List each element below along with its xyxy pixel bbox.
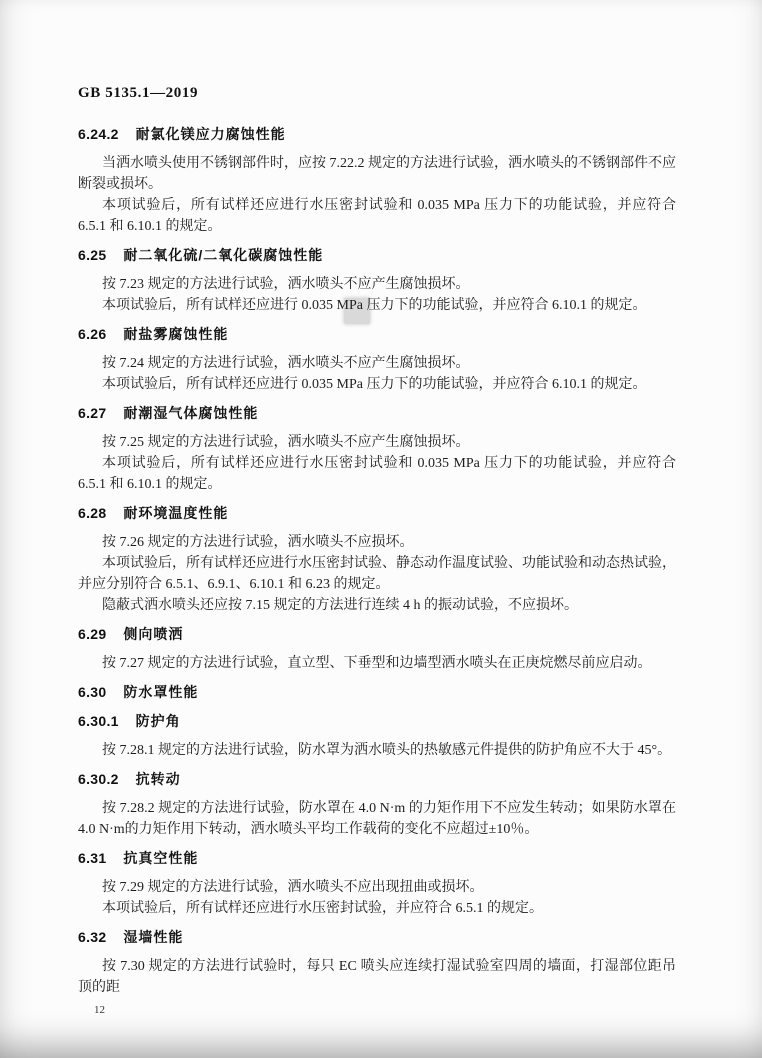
paragraph: 按 7.28.2 规定的方法进行试验，防水罩在 4.0 N·m 的力矩作用下不应…	[78, 798, 676, 840]
section-title: 防水罩性能	[123, 684, 198, 700]
section-number: 6.28	[78, 505, 106, 521]
paragraph: 本项试验后，所有试样还应进行水压密封试验、静态动作温度试验、功能试验和动态热试验…	[78, 553, 676, 595]
section-6-30-2: 6.30.2 抗转动 按 7.28.2 规定的方法进行试验，防水罩在 4.0 N…	[78, 769, 676, 840]
paragraph: 按 7.25 规定的方法进行试验，洒水喷头不应产生腐蚀损坏。	[78, 432, 676, 453]
section-number: 6.26	[78, 326, 106, 342]
section-6-28: 6.28 耐环境温度性能 按 7.26 规定的方法进行试验，洒水喷头不应损坏。 …	[78, 503, 676, 616]
section-6-32: 6.32 湿墙性能 按 7.30 规定的方法进行试验时，每只 EC 喷头应连续打…	[78, 927, 676, 998]
section-title: 耐潮湿气体腐蚀性能	[123, 405, 258, 421]
section-6-24-2: 6.24.2 耐氯化镁应力腐蚀性能 当洒水喷头使用不锈钢部件时，应按 7.22.…	[78, 124, 676, 237]
section-title: 耐环境温度性能	[123, 505, 228, 521]
section-heading: 6.26 耐盐雾腐蚀性能	[78, 324, 676, 345]
paragraph: 本项试验后，所有试样还应进行水压密封试验和 0.035 MPa 压力下的功能试验…	[78, 195, 676, 237]
section-title: 湿墙性能	[123, 929, 183, 945]
section-number: 6.24.2	[78, 126, 119, 142]
section-heading: 6.31 抗真空性能	[78, 848, 676, 869]
section-number: 6.30.2	[78, 771, 119, 787]
section-heading: 6.27 耐潮湿气体腐蚀性能	[78, 403, 676, 424]
section-title: 耐氯化镁应力腐蚀性能	[136, 126, 286, 142]
paragraph: 按 7.30 规定的方法进行试验时，每只 EC 喷头应连续打湿试验室四周的墙面，…	[78, 956, 676, 998]
section-title: 侧向喷洒	[123, 626, 183, 642]
section-6-31: 6.31 抗真空性能 按 7.29 规定的方法进行试验，洒水喷头不应出现扭曲或损…	[78, 848, 676, 919]
paragraph: 按 7.24 规定的方法进行试验，洒水喷头不应产生腐蚀损坏。	[78, 353, 676, 374]
paragraph: 按 7.23 规定的方法进行试验，洒水喷头不应产生腐蚀损坏。	[78, 274, 676, 295]
section-number: 6.29	[78, 626, 106, 642]
section-heading: 6.28 耐环境温度性能	[78, 503, 676, 524]
paragraph: 按 7.26 规定的方法进行试验，洒水喷头不应损坏。	[78, 532, 676, 553]
doc-header: GB 5135.1—2019	[78, 83, 676, 104]
section-heading: 6.30.2 抗转动	[78, 769, 676, 790]
paragraph: 本项试验后，所有试样还应进行水压密封试验和 0.035 MPa 压力下的功能试验…	[78, 453, 676, 495]
section-heading: 6.24.2 耐氯化镁应力腐蚀性能	[78, 124, 676, 145]
section-number: 6.27	[78, 405, 106, 421]
section-6-30: 6.30 防水罩性能	[78, 682, 676, 703]
section-title: 耐二氧化硫/二氧化碳腐蚀性能	[123, 247, 323, 263]
doc-number-label: GB 5135.1—2019	[78, 85, 198, 101]
paragraph: 按 7.28.1 规定的方法进行试验，防水罩为洒水喷头的热敏感元件提供的防护角应…	[78, 740, 676, 761]
section-number: 6.30	[78, 684, 106, 700]
section-title: 抗真空性能	[123, 850, 198, 866]
section-title: 抗转动	[136, 771, 181, 787]
section-6-30-1: 6.30.1 防护角 按 7.28.1 规定的方法进行试验，防水罩为洒水喷头的热…	[78, 711, 676, 761]
section-6-26: 6.26 耐盐雾腐蚀性能 按 7.24 规定的方法进行试验，洒水喷头不应产生腐蚀…	[78, 324, 676, 395]
page-number: 12	[94, 1002, 676, 1018]
section-6-27: 6.27 耐潮湿气体腐蚀性能 按 7.25 规定的方法进行试验，洒水喷头不应产生…	[78, 403, 676, 495]
section-number: 6.25	[78, 247, 106, 263]
section-heading: 6.25 耐二氧化硫/二氧化碳腐蚀性能	[78, 245, 676, 266]
section-6-25: 6.25 耐二氧化硫/二氧化碳腐蚀性能 按 7.23 规定的方法进行试验，洒水喷…	[78, 245, 676, 316]
section-number: 6.30.1	[78, 713, 119, 729]
paragraph: 按 7.27 规定的方法进行试验，直立型、下垂型和边墙型洒水喷头在正庚烷燃尽前应…	[78, 653, 676, 674]
page-content: GB 5135.1—2019 6.24.2 耐氯化镁应力腐蚀性能 当洒水喷头使用…	[0, 0, 762, 1018]
section-6-29: 6.29 侧向喷洒 按 7.27 规定的方法进行试验，直立型、下垂型和边墙型洒水…	[78, 624, 676, 674]
paragraph: 本项试验后，所有试样还应进行 0.035 MPa 压力下的功能试验，并应符合 6…	[78, 374, 676, 395]
section-heading: 6.32 湿墙性能	[78, 927, 676, 948]
section-number: 6.32	[78, 929, 106, 945]
document-page: GB 5135.1—2019 6.24.2 耐氯化镁应力腐蚀性能 当洒水喷头使用…	[0, 0, 762, 1058]
paragraph: 当洒水喷头使用不锈钢部件时，应按 7.22.2 规定的方法进行试验，洒水喷头的不…	[78, 153, 676, 195]
section-heading: 6.29 侧向喷洒	[78, 624, 676, 645]
paragraph: 按 7.29 规定的方法进行试验，洒水喷头不应出现扭曲或损坏。	[78, 877, 676, 898]
section-title: 耐盐雾腐蚀性能	[123, 326, 228, 342]
paragraph: 隐蔽式洒水喷头还应按 7.15 规定的方法进行连续 4 h 的振动试验，不应损坏…	[78, 595, 676, 616]
paragraph: 本项试验后，所有试样还应进行水压密封试验，并应符合 6.5.1 的规定。	[78, 898, 676, 919]
paragraph: 本项试验后，所有试样还应进行 0.035 MPa 压力下的功能试验，并应符合 6…	[78, 295, 676, 316]
section-heading: 6.30 防水罩性能	[78, 682, 676, 703]
section-heading: 6.30.1 防护角	[78, 711, 676, 732]
section-number: 6.31	[78, 850, 106, 866]
section-title: 防护角	[136, 713, 181, 729]
